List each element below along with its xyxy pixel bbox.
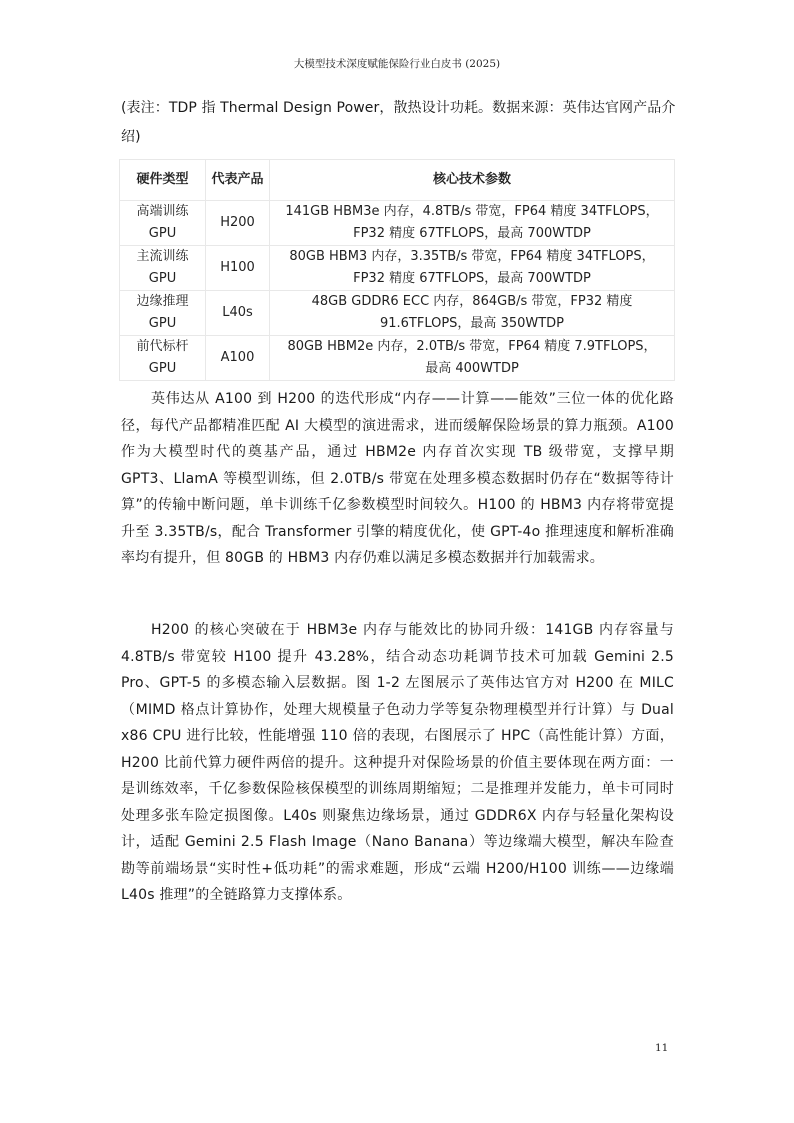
body-paragraph-2: H200 的核心突破在于 HBM3e 内存与能效比的协同升级：141GB 内存容…: [121, 617, 674, 909]
hardware-type-cell: 前代标杆GPU: [120, 336, 206, 381]
gpu-spec-table: 硬件类型 代表产品 核心技术参数 高端训练GPU H200 141GB HBM3…: [119, 159, 675, 381]
hardware-type-cell: 主流训练GPU: [120, 246, 206, 291]
params-cell: 141GB HBM3e 内存，4.8TB/s 带宽，FP64 精度 34TFLO…: [270, 201, 675, 246]
body-paragraph-1: 英伟达从 A100 到 H200 的迭代形成“内存——计算——能效”三位一体的优…: [121, 386, 674, 572]
column-header-params: 核心技术参数: [270, 160, 675, 201]
hardware-type-cell: 边缘推理GPU: [120, 291, 206, 336]
table-row: 主流训练GPU H100 80GB HBM3 内存，3.35TB/s 带宽，FP…: [120, 246, 675, 291]
column-header-hardware-type: 硬件类型: [120, 160, 206, 201]
params-cell: 48GB GDDR6 ECC 内存，864GB/s 带宽，FP32 精度91.6…: [270, 291, 675, 336]
column-header-product: 代表产品: [206, 160, 270, 201]
table-note: (表注：TDP 指 Thermal Design Power，散热设计功耗。数据…: [121, 94, 676, 152]
params-cell: 80GB HBM2e 内存，2.0TB/s 带宽，FP64 精度 7.9TFLO…: [270, 336, 675, 381]
table-row: 前代标杆GPU A100 80GB HBM2e 内存，2.0TB/s 带宽，FP…: [120, 336, 675, 381]
hardware-type-cell: 高端训练GPU: [120, 201, 206, 246]
table-row: 高端训练GPU H200 141GB HBM3e 内存，4.8TB/s 带宽，F…: [120, 201, 675, 246]
product-cell: A100: [206, 336, 270, 381]
product-cell: L40s: [206, 291, 270, 336]
product-cell: H100: [206, 246, 270, 291]
table-header-row: 硬件类型 代表产品 核心技术参数: [120, 160, 675, 201]
page-number: 11: [655, 1042, 668, 1054]
params-cell: 80GB HBM3 内存，3.35TB/s 带宽，FP64 精度 34TFLOP…: [270, 246, 675, 291]
page-header: 大模型技术深度赋能保险行业白皮书 (2025): [0, 56, 794, 71]
product-cell: H200: [206, 201, 270, 246]
table-row: 边缘推理GPU L40s 48GB GDDR6 ECC 内存，864GB/s 带…: [120, 291, 675, 336]
